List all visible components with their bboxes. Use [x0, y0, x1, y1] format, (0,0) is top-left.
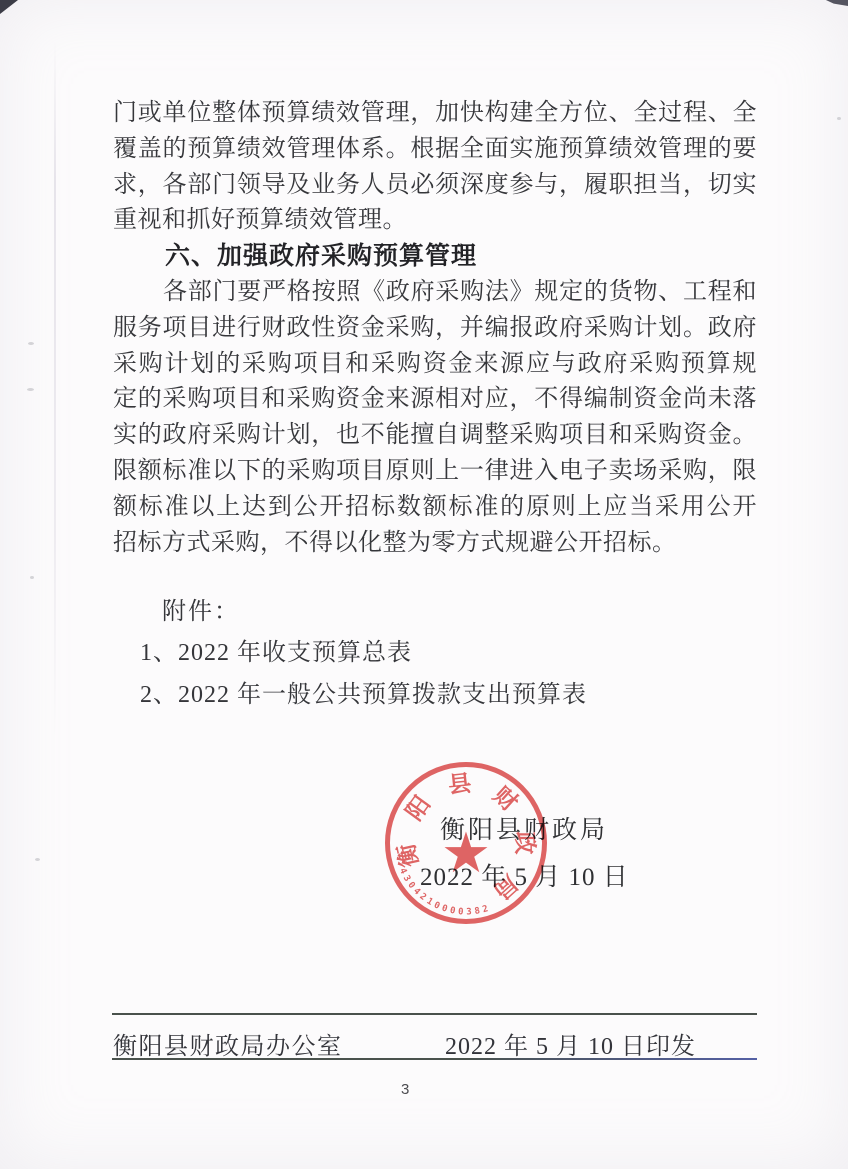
scan-speck [837, 117, 841, 120]
seal-arc-character: 政 [514, 832, 537, 855]
paragraph-line: 采购计划的采购项目和采购资金来源应与政府采购预算规 [113, 347, 757, 383]
footer-rule-top [112, 1013, 757, 1015]
paragraph-line: 额标准以上达到公开招标数额标准的原则上应当采用公开 [113, 490, 757, 526]
official-seal: ★ 衡阳县财政局4304210000382 [385, 762, 547, 924]
seal-serial-digit: 3 [466, 908, 472, 917]
paper-crease-line [54, 40, 56, 740]
seal-arc-character: 衡 [395, 842, 422, 869]
seal-serial-digit: 0 [458, 908, 464, 917]
seal-arc-character: 县 [447, 772, 472, 797]
paragraph-line: 覆盖的预算绩效管理体系。根据全面实施预算绩效管理的要 [113, 132, 757, 168]
scanned-document-page: 门或单位整体预算绩效管理，加快构建全方位、全过程、全 覆盖的预算绩效管理体系。根… [0, 0, 848, 1169]
paragraph-line: 门或单位整体预算绩效管理，加快构建全方位、全过程、全 [113, 96, 757, 132]
paragraph-line: 定的采购项目和采购资金来源相对应，不得编制资金尚未落 [113, 382, 757, 418]
paragraph-line: 各部门要严格按照《政府采购法》规定的货物、工程和 [113, 275, 757, 311]
attachment-section: 附件： 1、2022 年收支预算总表 2、2022 年一般公共预算拨款支出预算表 [113, 597, 757, 710]
scan-speck [28, 342, 34, 345]
scan-corner-artifact-top-right [822, 0, 848, 6]
section-heading: 六、加强政府采购预算管理 [113, 239, 757, 275]
footer-issuing-office: 衡阳县财政局办公室 [113, 1026, 343, 1061]
footer-issue-date: 2022 年 5 月 10 日印发 [445, 1026, 696, 1061]
scan-speck [27, 388, 34, 391]
page-number: 3 [401, 1081, 409, 1098]
attachment-item: 1、2022 年收支预算总表 [113, 638, 757, 668]
scan-speck [30, 576, 34, 579]
paragraph-line: 实的政府采购计划，也不能擅自调整采购项目和采购资金。 [113, 418, 757, 454]
document-body: 门或单位整体预算绩效管理，加快构建全方位、全过程、全 覆盖的预算绩效管理体系。根… [113, 96, 757, 561]
scan-speck [35, 858, 40, 861]
attachment-label: 附件： [113, 597, 757, 627]
paragraph-line: 服务项目进行财政性资金采购，并编报政府采购计划。政府 [113, 311, 757, 347]
scan-corner-artifact-top-left [0, 0, 18, 14]
paragraph-line: 招标方式采购，不得以化整为零方式规避公开招标。 [113, 526, 757, 562]
paragraph-line: 重视和抓好预算绩效管理。 [113, 203, 757, 239]
footer-rule-bottom [112, 1058, 757, 1060]
attachment-item: 2、2022 年一般公共预算拨款支出预算表 [113, 680, 757, 710]
paragraph-line: 求，各部门领导及业务人员必须深度参与，履职担当，切实 [113, 168, 757, 204]
paragraph-line: 限额标准以下的采购项目原则上一律进入电子卖场采购，限 [113, 454, 757, 490]
seal-star-icon: ★ [441, 826, 491, 882]
